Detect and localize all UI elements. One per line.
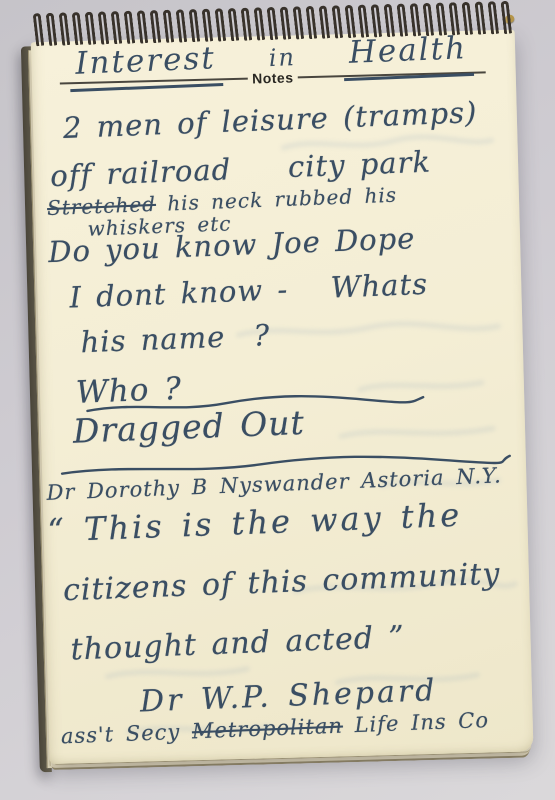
notepad: Notes Interest in Health 2 men of leisur… — [18, 4, 534, 781]
spiral-loop-icon — [163, 9, 175, 43]
spiral-loop-icon — [474, 1, 486, 35]
spiral-loop-icon — [189, 9, 201, 43]
spiral-loop-icon — [124, 10, 136, 44]
line-secy-pre: ass't Secy — [60, 719, 192, 748]
spiral-loop-icon — [267, 7, 279, 41]
spiral-loop-icon — [461, 2, 473, 36]
spiral-loop-icon — [46, 12, 58, 46]
spiral-loop-icon — [422, 3, 434, 37]
line-quote-3: thought and acted ” — [70, 623, 405, 666]
spiral-loop-icon — [228, 8, 240, 42]
spiral-loop-icon — [85, 11, 97, 45]
spiral-loop-icon — [176, 9, 188, 43]
spiral-loop-icon — [98, 11, 110, 45]
spiral-loop-icon — [344, 5, 356, 39]
spiral-loop-icon — [72, 12, 84, 46]
line-asst-secy: ass't Secy Metropolitan Life Ins Co — [61, 710, 490, 747]
spiral-loop-icon — [111, 11, 123, 45]
spiral-loop-icon — [383, 4, 395, 38]
title-word-in: in — [268, 43, 297, 84]
spiral-loop-icon — [396, 3, 408, 37]
spiral-loop-icon — [254, 7, 266, 41]
spiral-loop-icon — [150, 10, 162, 44]
spiral-loop-icon — [280, 6, 292, 40]
line-men-of-leisure: 2 men of leisure (tramps) — [62, 98, 477, 143]
spiral-loop-icon — [435, 2, 447, 36]
line-i-dont-know: I dont know - Whats — [69, 270, 429, 313]
spiral-loop-icon — [215, 8, 227, 42]
line-secy-post: Life Ins Co — [342, 708, 489, 738]
spiral-loop-icon — [33, 13, 45, 47]
spiral-loop-icon — [293, 6, 305, 40]
line-quote-1: “ This is the way the — [47, 499, 463, 547]
scene: { "colors":{ "ink":"#3a4e63", "paper":"#… — [0, 0, 555, 800]
spiral-loop-icon — [318, 5, 330, 39]
spiral-loop-icon — [500, 0, 512, 34]
spiral-loop-icon — [409, 3, 421, 37]
notebook-page: Notes Interest in Health 2 men of leisur… — [31, 30, 534, 764]
line-quote-2: citizens of this community — [63, 560, 501, 607]
spiral-loop-icon — [487, 1, 499, 35]
spiral-loop-icon — [59, 12, 71, 46]
line-dragged-out: Dragged Out — [72, 406, 305, 448]
struck-word-metropolitan: Metropolitan — [191, 714, 343, 744]
spiral-loop-icon — [202, 8, 214, 42]
spiral-loop-icon — [448, 2, 460, 36]
spiral-loop-icon — [305, 6, 317, 40]
spiral-loop-icon — [370, 4, 382, 38]
spiral-loop-icon — [241, 7, 253, 41]
spiral-loop-icon — [331, 5, 343, 39]
line-his-name: his name ? — [80, 321, 271, 357]
spiral-loop-icon — [137, 10, 149, 44]
line-who: Who ? — [75, 374, 182, 409]
spiral-loop-icon — [357, 4, 369, 38]
